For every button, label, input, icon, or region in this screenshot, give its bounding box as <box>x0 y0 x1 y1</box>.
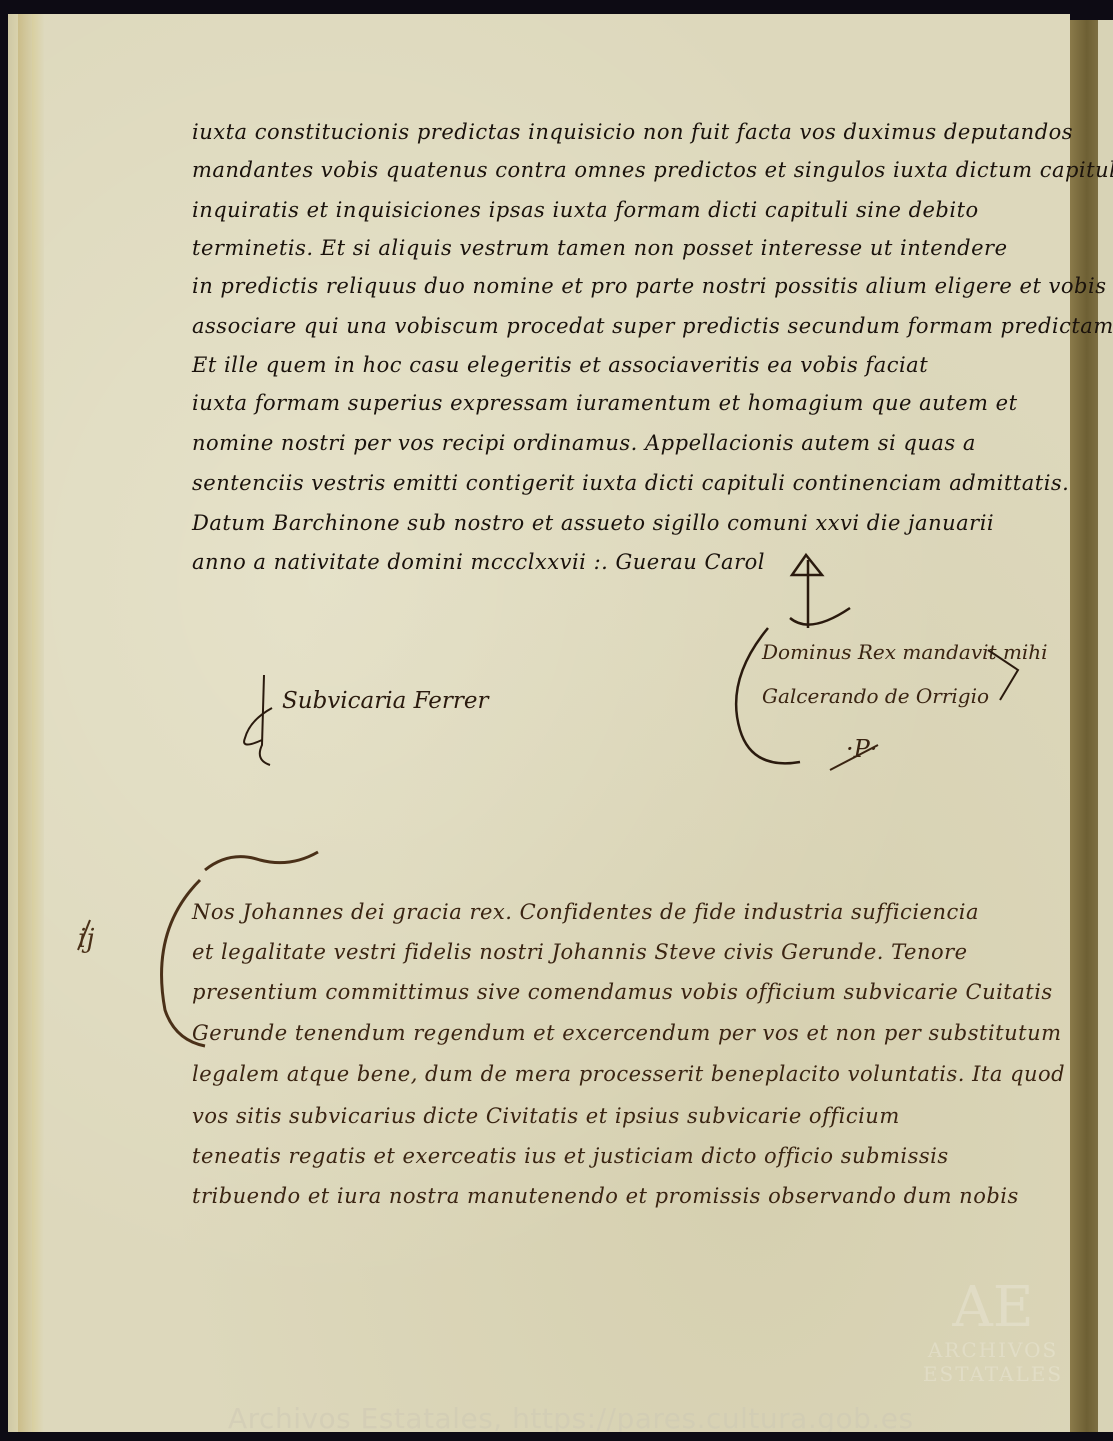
manuscript-line: teneatis regatis et exerceatis ius et ju… <box>192 1144 949 1168</box>
signature-right-line1: Dominus Rex mandavit mihi <box>762 640 1048 664</box>
archive-stamp-line1: ARCHIVOS <box>918 1338 1068 1362</box>
manuscript-line: associare qui una vobiscum procedat supe… <box>192 314 1113 338</box>
manuscript-line: terminetis. Et si aliquis vestrum tamen … <box>192 236 1008 260</box>
manuscript-page <box>8 14 1070 1432</box>
facing-page-edge <box>1098 20 1113 1432</box>
manuscript-line: Et ille quem in hoc casu elegeritis et a… <box>192 353 928 377</box>
manuscript-line: vos sitis subvicarius dicte Civitatis et… <box>192 1104 900 1128</box>
manuscript-line: sentenciis vestris emitti contigerit iux… <box>192 471 1069 495</box>
manuscript-line: et legalitate vestri fidelis nostri Joha… <box>192 940 968 964</box>
scan-background-top <box>0 0 1113 14</box>
manuscript-line: in predictis reliquus duo nomine et pro … <box>192 274 1107 298</box>
manuscript-line: iuxta formam superius expressam iurament… <box>192 391 1018 415</box>
manuscript-line: Gerunde tenendum regendum et excercendum… <box>192 1021 1062 1045</box>
manuscript-line: mandantes vobis quatenus contra omnes pr… <box>192 158 1113 182</box>
notary-mark: ·P· <box>846 735 877 763</box>
signature-left: Subvicaria Ferrer <box>282 688 489 714</box>
signature-right-line2: Galcerando de Orrigio <box>762 684 989 708</box>
manuscript-line: legalem atque bene, dum de mera processe… <box>192 1062 1065 1086</box>
manuscript-line: tribuendo et iura nostra manutenendo et … <box>192 1184 1019 1208</box>
scan-background-bottom <box>0 1432 1113 1441</box>
archive-stamp-line2: ESTATALES <box>918 1362 1068 1386</box>
margin-note: ij <box>78 924 94 954</box>
page-edge-stack <box>18 14 32 1432</box>
binding-gutter <box>1070 20 1098 1432</box>
manuscript-line: nomine nostri per vos recipi ordinamus. … <box>192 431 976 455</box>
manuscript-line: presentium committimus sive comendamus v… <box>192 980 1053 1004</box>
archive-watermark-text: Archivos Estatales, https://pares.cultur… <box>228 1402 914 1435</box>
archive-stamp-letters: AE <box>918 1278 1068 1338</box>
manuscript-line: Nos Johannes dei gracia rex. Confidentes… <box>192 900 979 924</box>
manuscript-line: iuxta constitucionis predictas inquisici… <box>192 120 1073 144</box>
manuscript-line: anno a nativitate domini mccclxxvii :. G… <box>192 550 765 574</box>
manuscript-line: inquiratis et inquisiciones ipsas iuxta … <box>192 198 979 222</box>
page-edge-stack <box>8 14 18 1432</box>
archive-stamp: AE ARCHIVOS ESTATALES <box>918 1278 1068 1428</box>
manuscript-line: Datum Barchinone sub nostro et assueto s… <box>192 511 994 535</box>
page-edge-stack <box>32 14 44 1432</box>
